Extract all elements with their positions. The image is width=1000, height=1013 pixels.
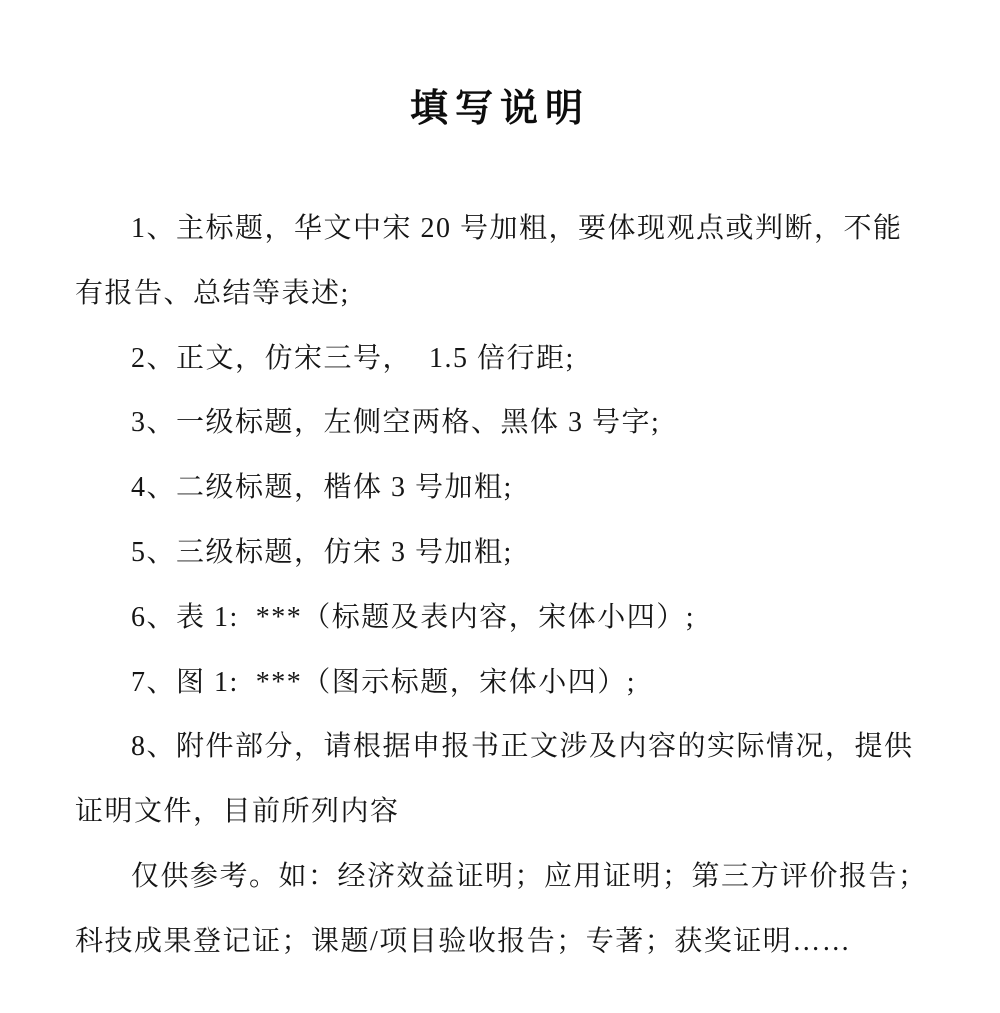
doc-line: 7、图 1: ***（图示标题，宋体小四）; <box>75 651 940 716</box>
doc-line: 1、主标题，华文中宋 20 号加粗，要体现观点或判断，不能 <box>75 197 940 262</box>
doc-line: 4、二级标题，楷体 3 号加粗; <box>75 456 940 521</box>
doc-line: 科技成果登记证；课题/项目验收报告；专著；获奖证明…… <box>75 910 940 975</box>
doc-line: 8、附件部分，请根据申报书正文涉及内容的实际情况，提供 <box>75 715 940 780</box>
doc-line: 2、正文，仿宋三号， 1.5 倍行距; <box>75 327 940 392</box>
document-body: 1、主标题，华文中宋 20 号加粗，要体现观点或判断，不能 有报告、总结等表述;… <box>0 197 1000 975</box>
doc-line: 有报告、总结等表述; <box>75 262 940 327</box>
doc-line: 仅供参考。如：经济效益证明；应用证明；第三方评价报告； <box>75 845 940 910</box>
page-title: 填写说明 <box>0 0 1000 134</box>
doc-line: 6、表 1: ***（标题及表内容，宋体小四）; <box>75 586 940 651</box>
doc-line: 3、一级标题，左侧空两格、黑体 3 号字; <box>75 391 940 456</box>
document-page: 填写说明 1、主标题，华文中宋 20 号加粗，要体现观点或判断，不能 有报告、总… <box>0 0 1000 1013</box>
doc-line: 证明文件，目前所列内容 <box>75 780 940 845</box>
doc-line: 5、三级标题，仿宋 3 号加粗; <box>75 521 940 586</box>
